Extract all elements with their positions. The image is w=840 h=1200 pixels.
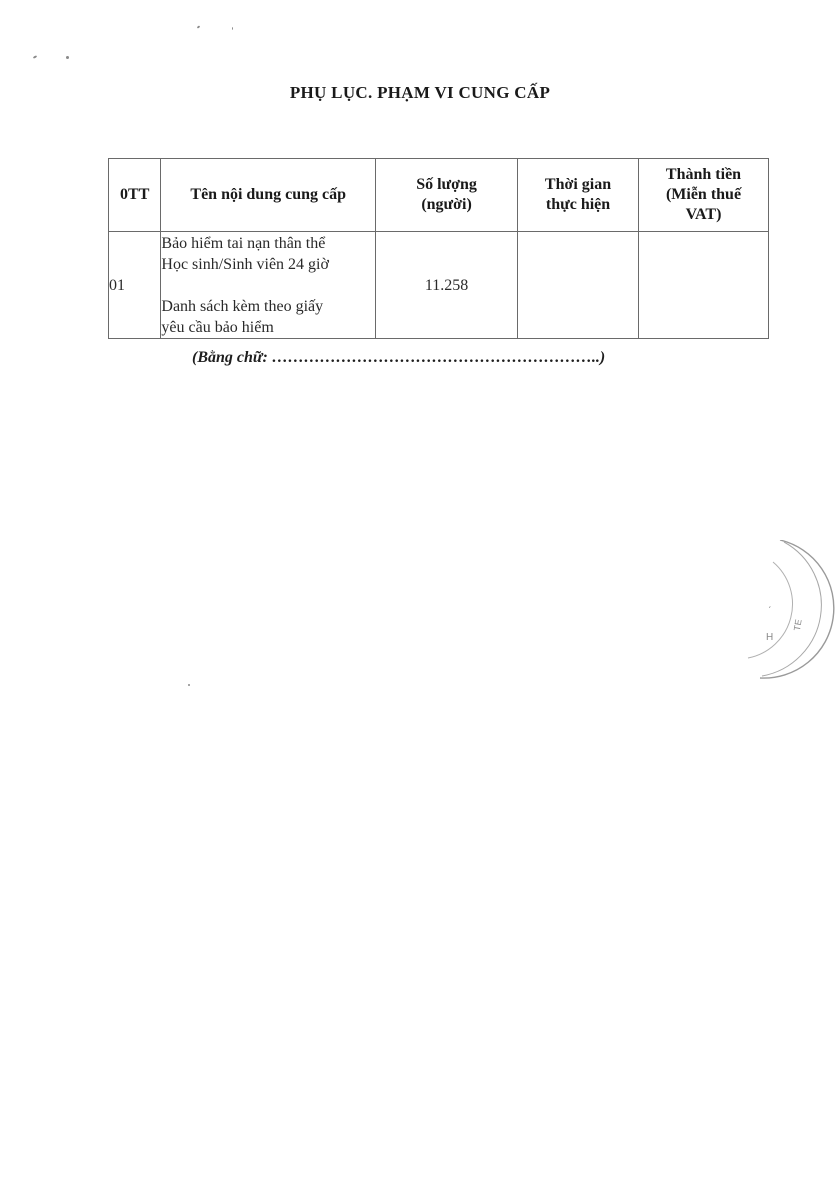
cell-name: Bảo hiểm tai nạn thân thể Học sinh/Sinh … (161, 232, 376, 339)
cell-quantity: 11.258 (376, 232, 518, 339)
cell-duration (518, 232, 639, 339)
table-row: 01 Bảo hiểm tai nạn thân thể Học sinh/Si… (109, 232, 769, 339)
scan-speck (33, 55, 37, 59)
header-quantity: Số lượng (người) (376, 159, 518, 232)
scope-table: 0TT Tên nội dung cung cấp Số lượng (ngườ… (108, 158, 769, 339)
header-name: Tên nội dung cung cấp (161, 159, 376, 232)
table-header-row: 0TT Tên nội dung cung cấp Số lượng (ngườ… (109, 159, 769, 232)
header-amount: Thành tiền (Miễn thuế VAT) (638, 159, 768, 232)
page-title: PHỤ LỤC. PHẠM VI CUNG CẤP (0, 83, 840, 103)
header-stt: 0TT (109, 159, 161, 232)
stamp-text: TE (792, 618, 804, 631)
scan-speck (188, 684, 190, 686)
partial-stamp-icon: ˊ H TE (740, 540, 840, 680)
amount-in-words: (Bằng chữ: ……………………………………………………..) (192, 349, 605, 367)
cell-stt: 01 (109, 232, 161, 339)
scan-speck (232, 27, 233, 30)
stamp-text: H (766, 632, 773, 643)
stamp-text: ˊ (768, 606, 771, 617)
cell-amount (638, 232, 768, 339)
header-duration: Thời gian thực hiện (518, 159, 639, 232)
scan-speck (197, 25, 201, 28)
scan-speck (66, 56, 69, 59)
